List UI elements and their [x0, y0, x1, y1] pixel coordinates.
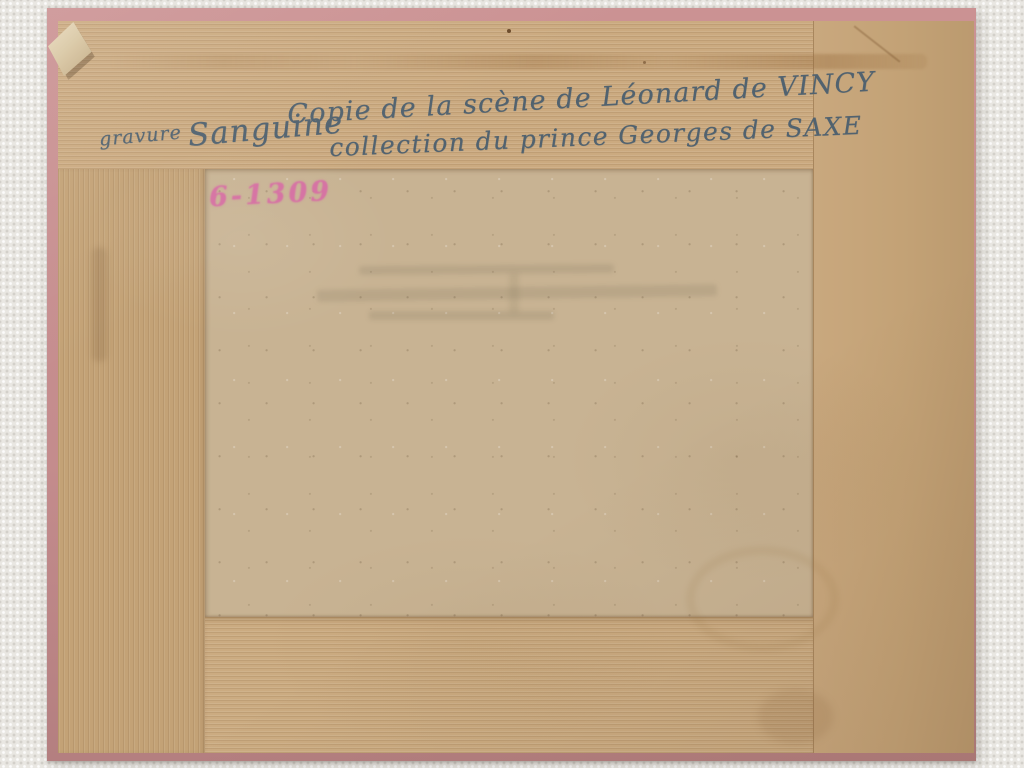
- ring-stain: [686, 546, 839, 652]
- fold-paper-flap: [48, 22, 94, 76]
- ghost-stamp-line: [509, 273, 519, 313]
- inventory-number: 6-1309: [208, 176, 333, 213]
- kraft-left-band: [58, 169, 206, 753]
- ghost-stamp-marks: [299, 263, 729, 348]
- paper-speck: [643, 61, 646, 64]
- folded-paper-corner: [48, 22, 96, 78]
- ghost-stamp-line: [369, 311, 554, 320]
- artwork-back-board: gravureSanguine Copie de la scène de Léo…: [47, 8, 976, 761]
- bottom-corner-smudge: [758, 689, 833, 744]
- left-band-smudge: [92, 247, 107, 362]
- paper-speck: [507, 29, 511, 33]
- ghost-stamp-line: [359, 264, 614, 275]
- tape-residue-streak: [109, 54, 927, 69]
- inner-backing-panel: [205, 169, 813, 617]
- kraft-paper-backing: gravureSanguine Copie de la scène de Léo…: [58, 21, 974, 753]
- photo-background: gravureSanguine Copie de la scène de Léo…: [0, 0, 1024, 768]
- inscription-technique-word1: gravure: [98, 121, 182, 150]
